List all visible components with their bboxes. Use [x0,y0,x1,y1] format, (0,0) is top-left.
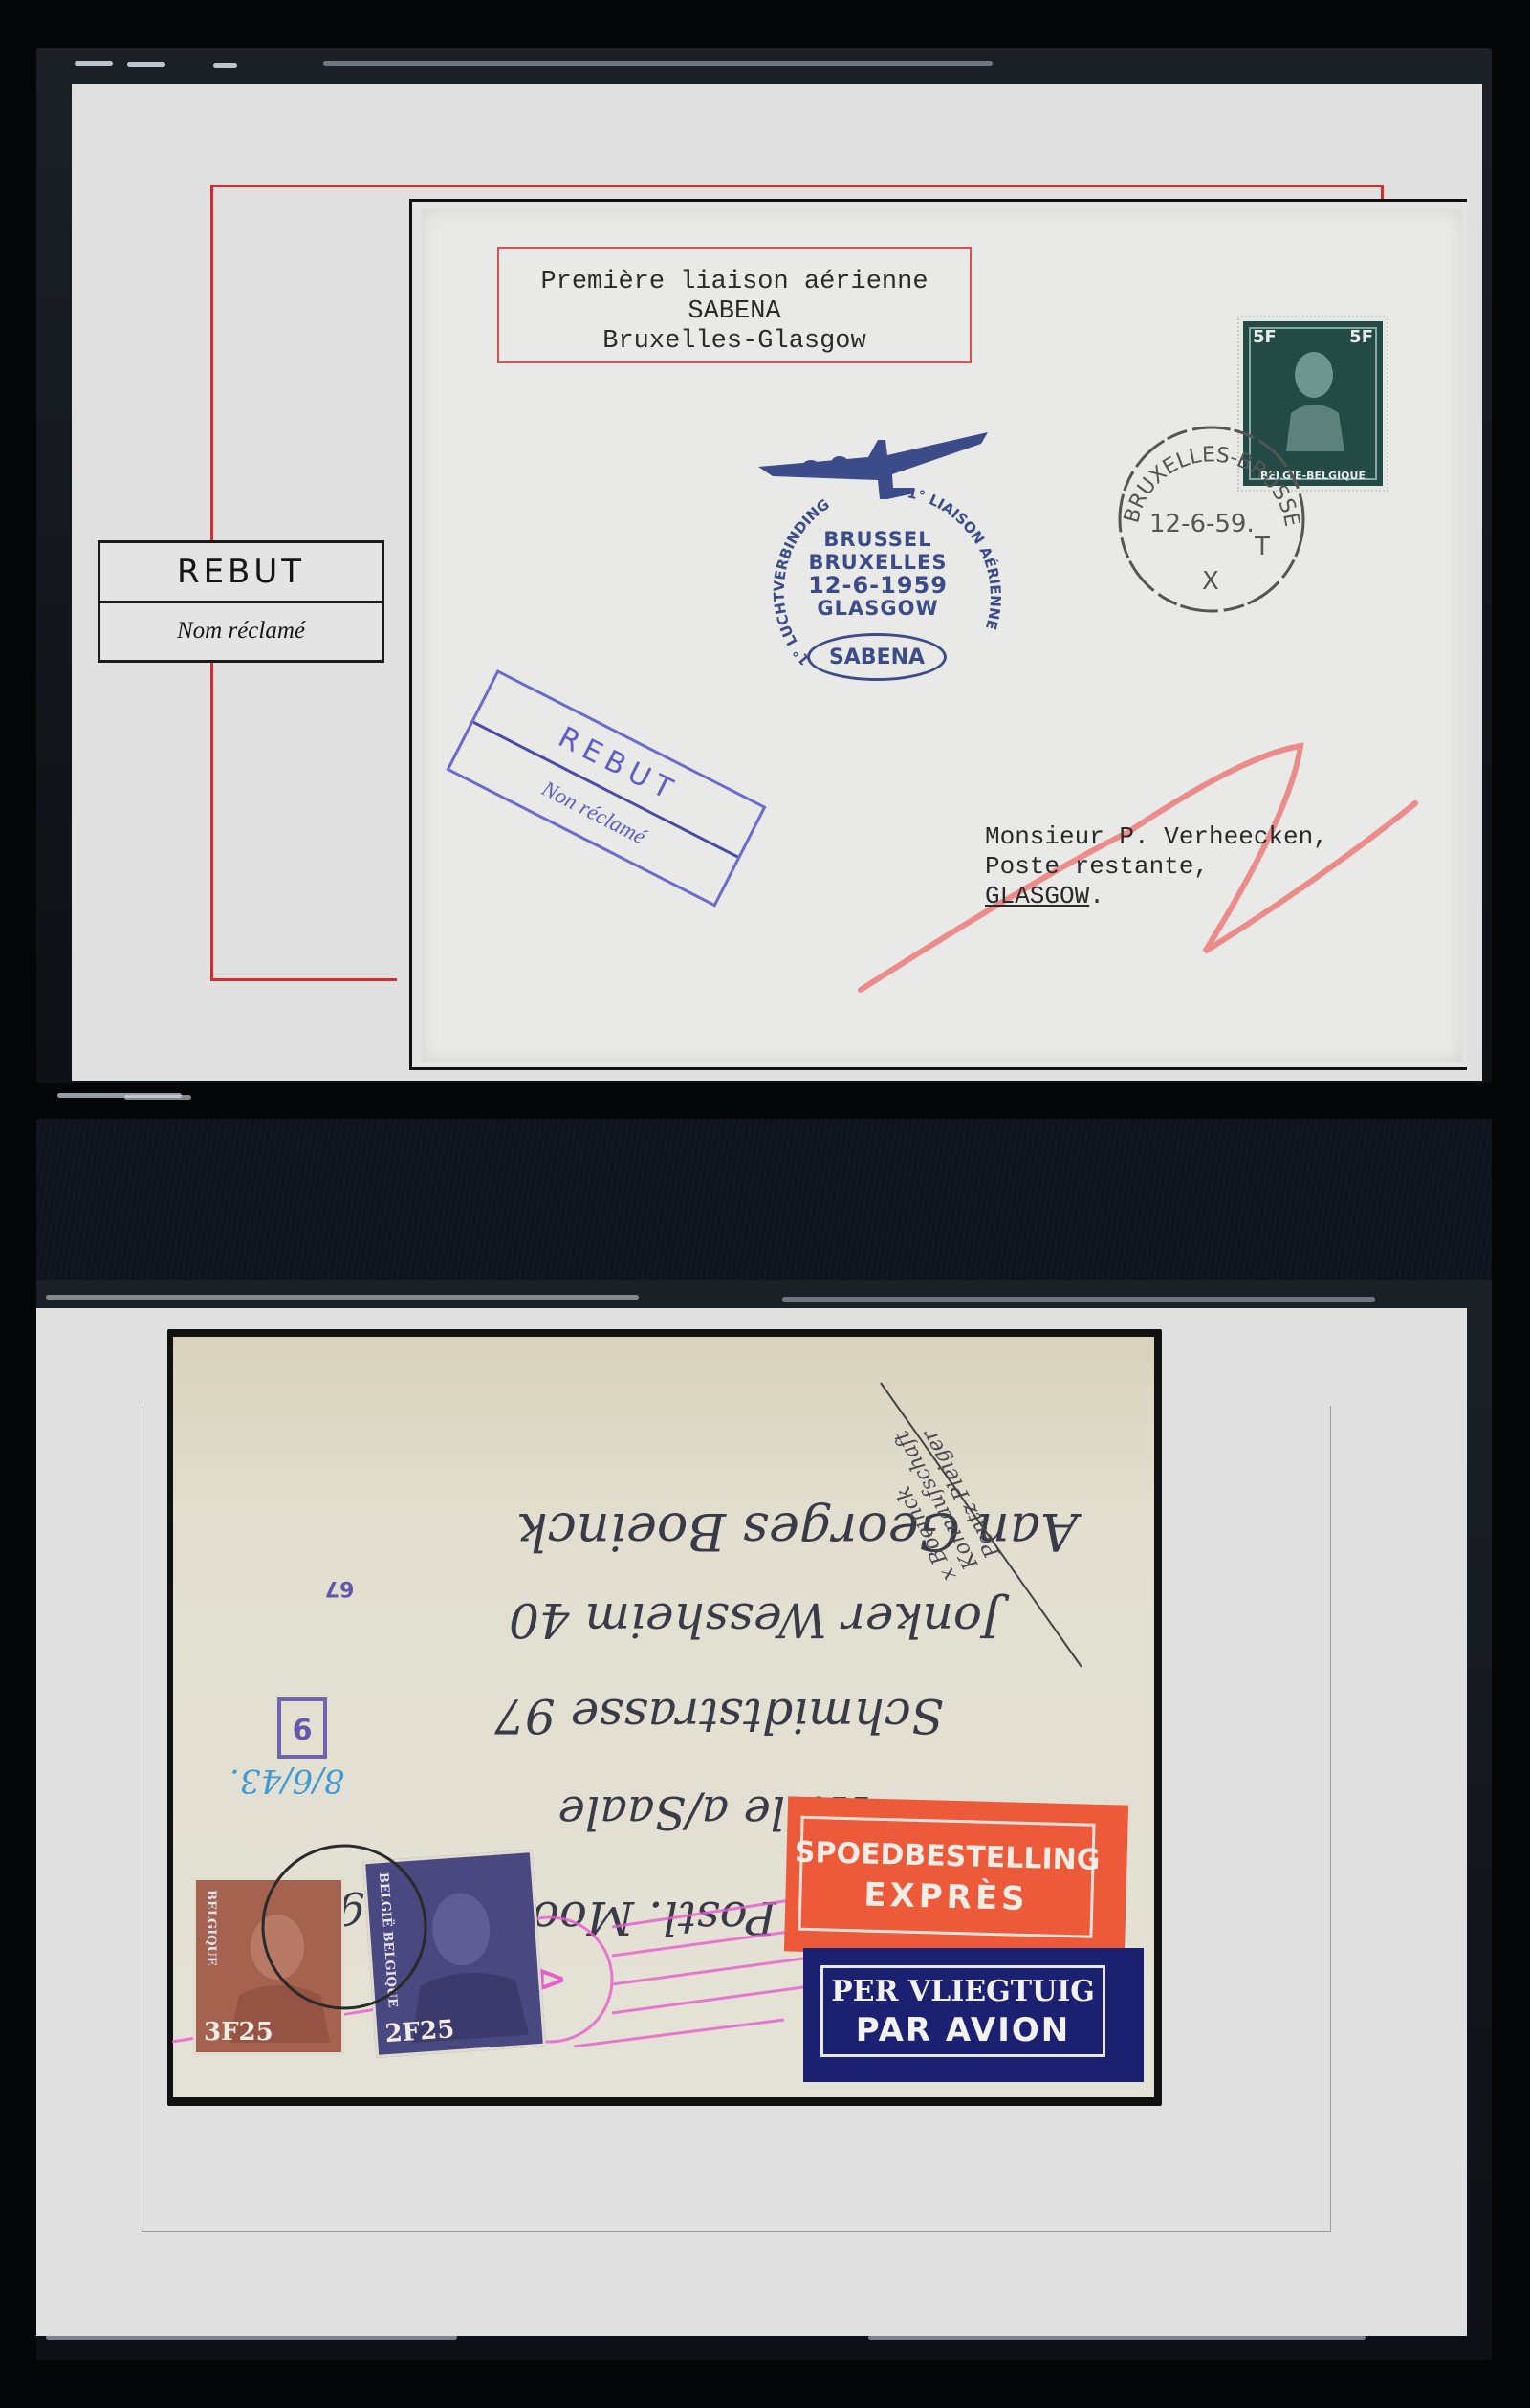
red-frame-line [210,978,397,981]
address-line1: Monsieur P. Verheecken, [985,822,1328,852]
express-label-line1: SPOEDBESTELLING [794,1833,1101,1881]
censor-mark-67: 67 [317,1566,361,1610]
typed-header-line2: SABENA [499,297,970,327]
address-line2: Poste restante, [985,852,1328,882]
postmark-circle [253,1836,435,2018]
rebut-label-title: REBUT [100,543,382,603]
stamp-value-left: 5F [1253,327,1277,347]
postmark-date: 12-6-59. [1149,510,1255,538]
typed-header-box: Première liaison aérienne SABENA Bruxell… [497,247,972,363]
postmark-circle: BRUXELLES-BRUSSEL 12-6-59. T X [1111,419,1312,620]
cachet-line4: GLASGOW [792,597,964,620]
airmail-label-line2: PAR AVION [856,2011,1070,2049]
stamp-value-right: 5F [1349,327,1373,347]
cachet-date: 12-6-1959 [792,574,964,597]
rebut-label-subtitle: Nom réclamé [100,603,382,659]
handwritten-date: 8/6/43. [229,1762,344,1800]
cachet-airline: SABENA [807,633,947,681]
first-flight-cachet: 1° LUCHTVERBINDING 1° LIAISON AÉRIENNE B… [754,411,1002,689]
red-frame-line [1381,185,1384,200]
page-rebut-label: REBUT Nom réclamé [98,540,384,663]
censor-mark-9: 9 [277,1697,327,1759]
typed-header-line3: Bruxelles-Glasgow [499,327,970,357]
address-line3: GLASGOW [985,882,1089,910]
cachet-line1: BRUSSEL [792,528,964,551]
red-frame-line [210,185,1382,187]
album-black-band [36,1119,1492,1281]
postmark-letter-t: T [1254,533,1270,561]
recipient-address: Monsieur P. Verheecken,Poste restante,GL… [985,822,1328,911]
typed-header-line1: Première liaison aérienne [499,268,970,297]
express-label: SPOEDBESTELLING EXPRÈS [784,1796,1128,1959]
stamp-value: 3F25 [204,2018,273,2047]
stamp-value: 2F25 [384,2015,456,2048]
express-label-line2: EXPRÈS [863,1874,1029,1918]
stamp-country: BELGIQUE [204,1890,218,1966]
postmark-letter-x: X [1202,567,1219,596]
airmail-label-line1: PER VLIEGTUIG [831,1973,1095,2011]
airmail-label: PER VLIEGTUIG PAR AVION [803,1948,1144,2082]
cachet-line2: BRUXELLES [792,551,964,574]
